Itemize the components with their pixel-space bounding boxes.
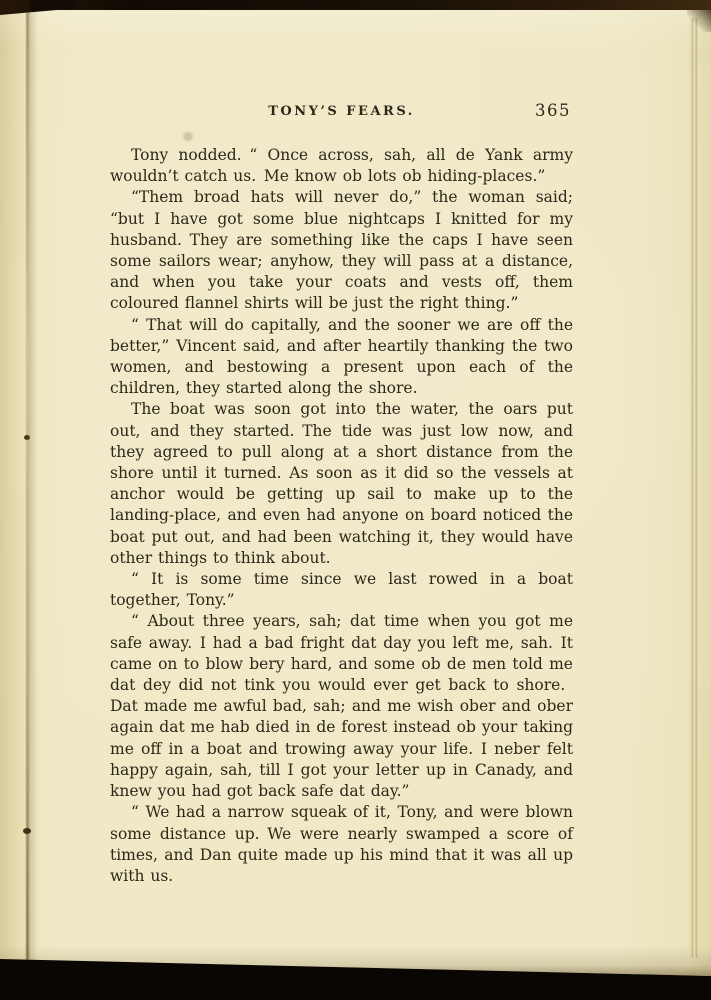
paragraph: “ That will do capitally, and the sooner… [110,315,573,400]
paragraph: “ We had a narrow squeak of it, Tony, an… [110,802,573,887]
page-number: 365 [535,101,571,120]
running-title: TONY’S FEARS. [110,104,573,119]
book-page: TONY’S FEARS. 365 Tony nodded. “ Once ac… [0,6,711,978]
page-header: TONY’S FEARS. 365 [110,102,573,124]
book-page-photo: TONY’S FEARS. 365 Tony nodded. “ Once ac… [0,0,711,1000]
paper-speck [24,435,30,440]
page-content: TONY’S FEARS. 365 Tony nodded. “ Once ac… [110,102,573,887]
page-text: Tony nodded. “ Once across, sah, all de … [110,145,573,887]
page-edge-fold [690,18,698,958]
paragraph: Tony nodded. “ Once across, sah, all de … [110,145,573,187]
paragraph: “ It is some time since we last rowed in… [110,569,573,611]
paragraph: “Them broad hats will never do,” the wom… [110,187,573,314]
paper-speck [23,828,31,834]
paragraph: “ About three years, sah; dat time when … [110,611,573,802]
paragraph: The boat was soon got into the water, th… [110,399,573,569]
